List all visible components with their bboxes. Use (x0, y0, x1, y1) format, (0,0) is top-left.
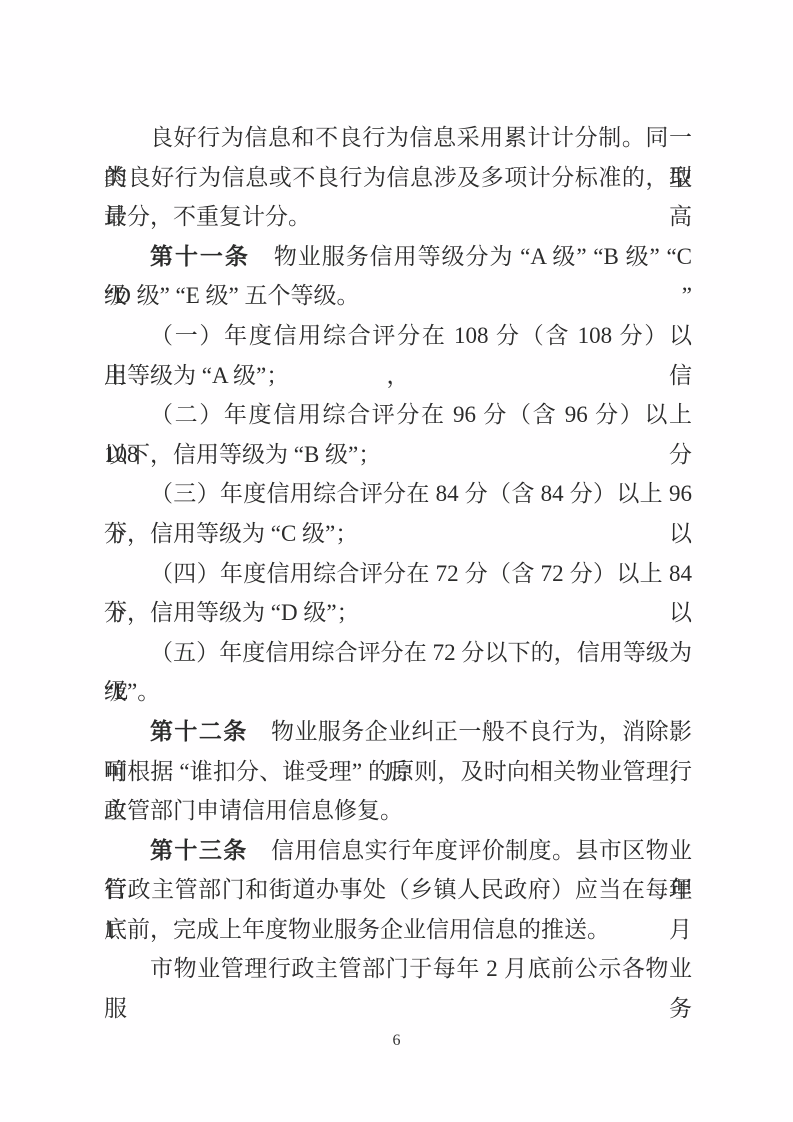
line-text: 级”。 (104, 679, 160, 704)
text-line: 行政主管部门和街道办事处（乡镇人民政府）应当在每年 1 月 (104, 870, 692, 910)
text-line: （一）年度信用综合评分在 108 分（含 108 分）以上，信 (104, 316, 692, 356)
text-line: （五）年度信用综合评分在 72 分以下的，信用等级为 “E (104, 633, 692, 673)
text-line: 良好行为信息和不良行为信息采用累计计分制。同一类型 (104, 118, 692, 158)
line-text: “D 级” “E 级” 五个等级。 (104, 283, 360, 308)
line-text: 以下，信用等级为 “B 级”； (104, 442, 381, 467)
text-line: 级”。 (104, 672, 692, 712)
text-line: 底前，完成上年度物业服务企业信用信息的推送。 (104, 910, 692, 950)
text-line: 第十三条 信用信息实行年度评价制度。县市区物业管理 (104, 831, 692, 871)
line-text: 下，信用等级为 “D 级”； (104, 600, 360, 625)
article-number: 第十一条 (150, 243, 250, 269)
text-line: 第十二条 物业服务企业纠正一般不良行为，消除影响后， (104, 712, 692, 752)
line-text: 市物业管理行政主管部门于每年 2 月底前公示各物业服务 (104, 956, 692, 1021)
line-text: 下，信用等级为 “C 级”； (104, 521, 358, 546)
text-line: 市物业管理行政主管部门于每年 2 月底前公示各物业服务 (104, 949, 692, 989)
text-line: 的良好行为信息或不良行为信息涉及多项计分标准的，取最高 (104, 158, 692, 198)
document-page: 良好行为信息和不良行为信息采用累计计分制。同一类型 的良好行为信息或不良行为信息… (0, 0, 793, 1122)
document-body: 良好行为信息和不良行为信息采用累计计分制。同一类型 的良好行为信息或不良行为信息… (104, 118, 692, 989)
article-number: 第十三条 (150, 837, 248, 863)
text-line: （二）年度信用综合评分在 96 分（含 96 分）以上 108 分 (104, 395, 692, 435)
line-text: 主管部门申请信用信息修复。 (104, 798, 403, 823)
page-number: 6 (0, 1032, 793, 1050)
line-text: 底前，完成上年度物业服务企业信用信息的推送。 (104, 917, 610, 942)
text-line: 主管部门申请信用信息修复。 (104, 791, 692, 831)
text-line: （四）年度信用综合评分在 72 分（含 72 分）以上 84 分以 (104, 554, 692, 594)
text-line: 可根据 “谁扣分、谁受理” 的原则，及时向相关物业管理行政 (104, 752, 692, 792)
line-text: 用等级为 “A 级”； (104, 363, 289, 388)
line-text: 计分，不重复计分。 (104, 204, 311, 229)
text-line: （三）年度信用综合评分在 84 分（含 84 分）以上 96 分以 (104, 474, 692, 514)
article-number: 第十二条 (150, 718, 248, 744)
text-line: 第十一条 物业服务信用等级分为 “A 级” “B 级” “C 级” (104, 237, 692, 277)
